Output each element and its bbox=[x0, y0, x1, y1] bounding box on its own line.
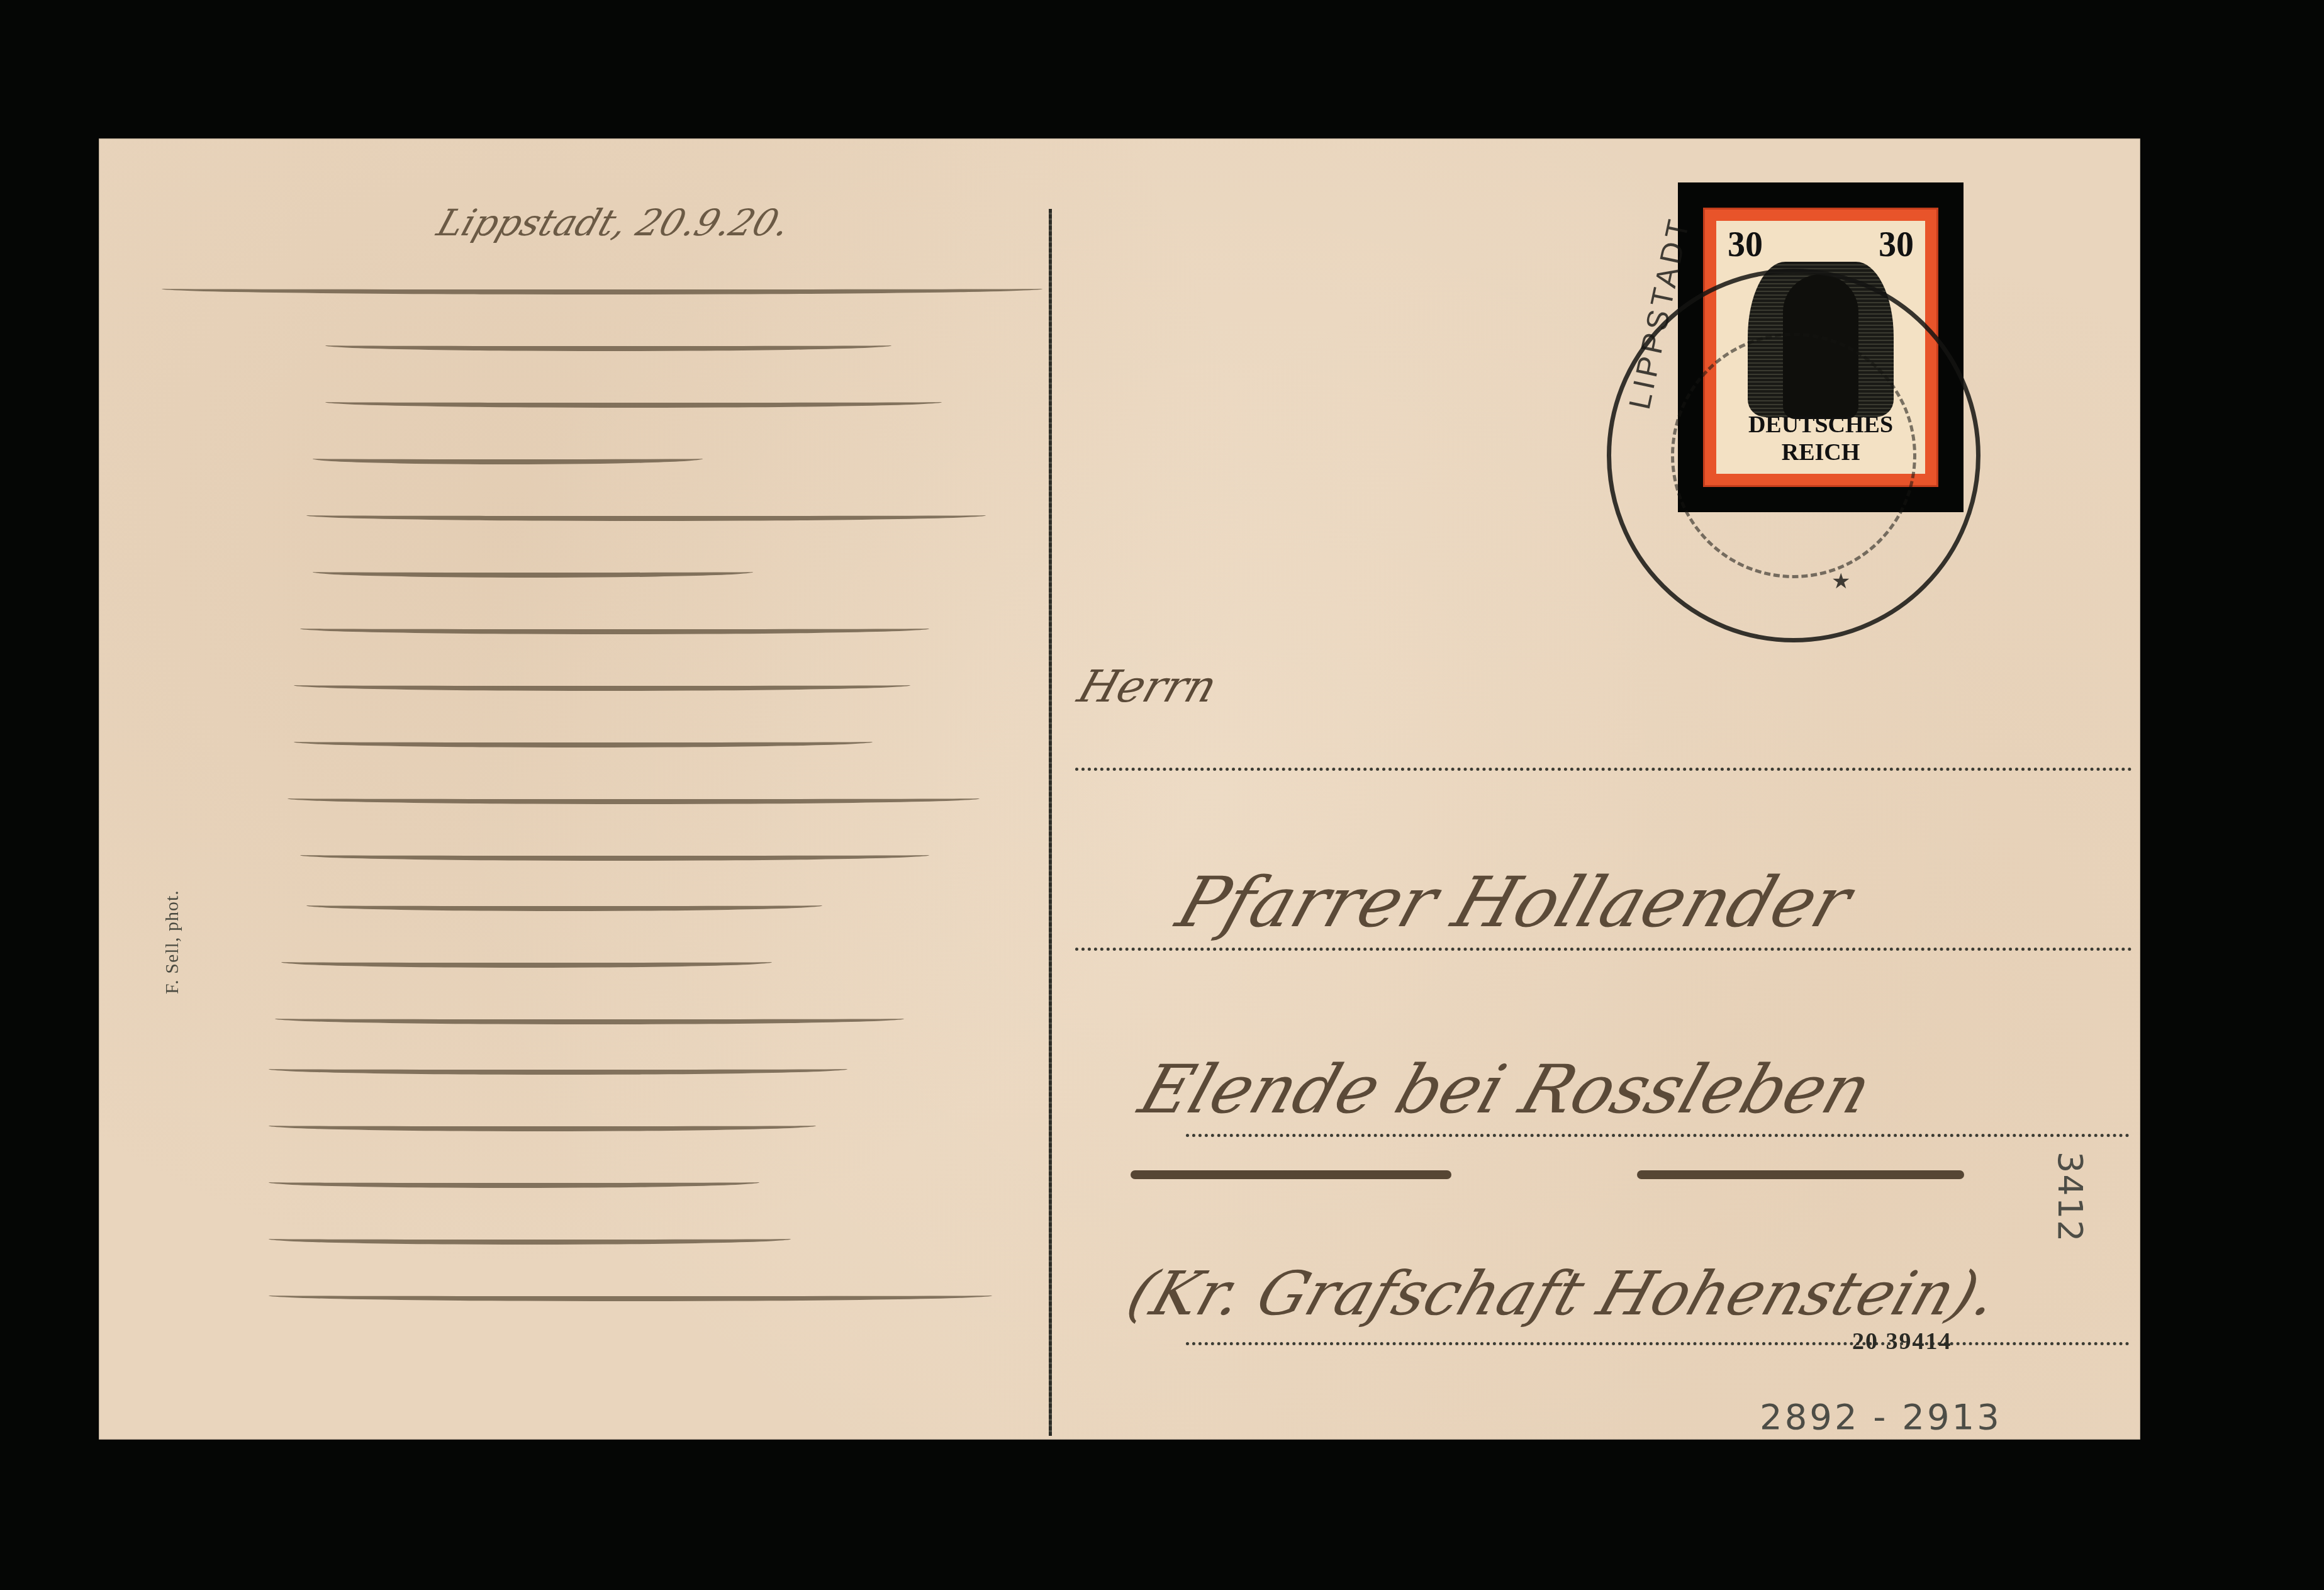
postmark-town: LIPPSTADT bbox=[1623, 213, 1697, 412]
handwritten-line bbox=[325, 396, 942, 408]
postmark-star-icon: ★ bbox=[1831, 569, 1850, 594]
address-line-2 bbox=[1075, 948, 2132, 951]
address-district: (Kr. Grafschaft Hohenstein). bbox=[1119, 1258, 2007, 1329]
postcard: F. Sell, phot. Lippstadt, 20.9.20. 30 30 bbox=[99, 138, 2140, 1440]
handwritten-line bbox=[269, 1120, 816, 1131]
stamp-value-left: 30 bbox=[1728, 225, 1763, 265]
address-salutation: Herrn bbox=[1072, 661, 1224, 712]
card-print-number: 20 39414 bbox=[1852, 1328, 1952, 1355]
card-divider-line bbox=[1049, 209, 1052, 1436]
photographer-credit: F. Sell, phot. bbox=[162, 890, 183, 994]
archive-pencil-vertical: 3412 bbox=[2050, 1151, 2090, 1243]
handwritten-line bbox=[306, 900, 822, 911]
place-underline-stroke bbox=[1131, 1170, 1451, 1179]
handwritten-line bbox=[313, 453, 703, 464]
handwritten-line bbox=[294, 680, 910, 691]
handwritten-line bbox=[325, 340, 891, 351]
handwritten-line bbox=[281, 956, 772, 968]
postmark-inner-ring bbox=[1671, 333, 1916, 578]
address-line-3 bbox=[1186, 1134, 2130, 1137]
handwritten-line bbox=[162, 283, 1042, 294]
handwritten-line bbox=[275, 1013, 904, 1024]
handwritten-line bbox=[294, 736, 873, 747]
handwritten-line bbox=[288, 793, 980, 804]
handwritten-line bbox=[306, 510, 986, 521]
address-place: Elende bei Rossleben bbox=[1131, 1051, 1881, 1128]
dateline-text: Lippstadt, 20.9.20. bbox=[432, 201, 796, 244]
address-name: Pfarrer Hollaender bbox=[1168, 862, 1861, 943]
postmark-cancellation: LIPPSTADT ★ bbox=[1607, 269, 1980, 642]
handwritten-line bbox=[269, 1063, 847, 1075]
handwritten-line bbox=[269, 1177, 759, 1188]
archive-pencil-range: 2892 - 2913 bbox=[1760, 1397, 2002, 1438]
stamp-value-right: 30 bbox=[1879, 225, 1914, 265]
handwritten-line bbox=[313, 566, 753, 578]
handwritten-line bbox=[269, 1233, 791, 1245]
place-underline-stroke bbox=[1637, 1170, 1964, 1179]
address-line-1 bbox=[1075, 768, 2132, 771]
address-line-4 bbox=[1186, 1342, 2130, 1345]
handwritten-line bbox=[269, 1290, 992, 1301]
handwritten-line bbox=[300, 623, 929, 634]
handwritten-line bbox=[300, 849, 929, 861]
message-dateline: Lippstadt, 20.9.20. bbox=[211, 201, 796, 247]
